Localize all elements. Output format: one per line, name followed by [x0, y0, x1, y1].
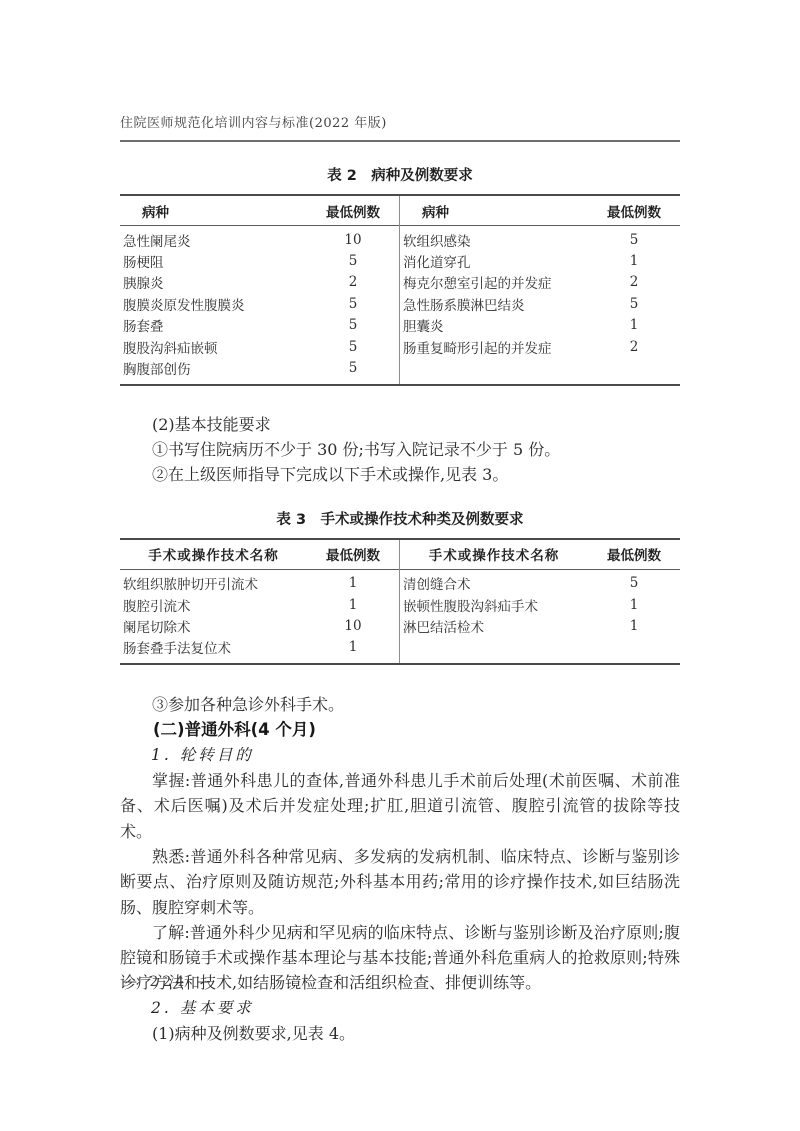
- table-row: 肠套叠手法复位术1: [120, 637, 399, 658]
- count-cell: 1: [307, 639, 399, 655]
- skill-requirements-block: (2)基本技能要求 ①书写住院病历不少于 30 份;书写入院记录不少于 5 份。…: [120, 412, 680, 488]
- document-page: 住院医师规范化培训内容与标准(2022 年版) 表 2 病种及例数要求 病种 最…: [0, 0, 800, 1131]
- item-write-records: ①书写住院病历不少于 30 份;书写入院记录不少于 5 份。: [120, 437, 680, 462]
- count-cell: 2: [588, 274, 680, 290]
- technique-cell: 软组织脓肿切开引流术: [120, 573, 307, 593]
- count-cell: 1: [588, 253, 680, 269]
- paragraph-disease-requirement: (1)病种及例数要求,见表 4。: [120, 1021, 680, 1046]
- technique-cell: 腹腔引流术: [120, 595, 307, 615]
- table3-right-half: 手术或操作技术名称 最低例数 清创缝合术5 嵌顿性腹股沟斜疝手术1 淋巴结活检术…: [400, 540, 680, 664]
- section-text-block: ③参加各种急诊外科手术。 (二)普通外科(4 个月) 1. 轮转目的 掌握:普通…: [120, 692, 680, 1046]
- section-heading-general-surgery: (二)普通外科(4 个月): [120, 717, 680, 742]
- item-surgery-under-supervision: ②在上级医师指导下完成以下手术或操作,见表 3。: [120, 462, 680, 487]
- technique-cell: 肠套叠手法复位术: [120, 637, 307, 657]
- table-row: 胰腺炎2: [120, 272, 399, 293]
- table-row: 胸腹部创伤5: [120, 357, 399, 378]
- table3-left-header-row: 手术或操作技术名称 最低例数: [120, 540, 399, 570]
- subsection-basic-requirement: 2. 基本要求: [120, 996, 680, 1021]
- table3: 手术或操作技术名称 最低例数 软组织脓肿切开引流术1 腹腔引流术1 阑尾切除术1…: [120, 538, 680, 666]
- table-row: 淋巴结活检术1: [400, 615, 680, 636]
- count-cell: 5: [307, 339, 399, 355]
- table2-right-header-row: 病种 最低例数: [400, 196, 680, 226]
- disease-cell: 肠梗阻: [120, 251, 307, 271]
- table-row: 腹膜炎原发性腹膜炎5: [120, 293, 399, 314]
- table2-left-body: 急性阑尾炎10 肠梗阻5 胰腺炎2 腹膜炎原发性腹膜炎5 肠套叠5 腹股沟斜疝嵌…: [120, 226, 399, 384]
- table-row: 清创缝合术5: [400, 573, 680, 594]
- count-cell: 5: [588, 296, 680, 312]
- table3-right-header-row: 手术或操作技术名称 最低例数: [400, 540, 680, 570]
- disease-header: 病种: [120, 201, 307, 221]
- disease-cell: 腹股沟斜疝嵌顿: [120, 337, 307, 357]
- table-row: 急性阑尾炎10: [120, 229, 399, 250]
- disease-cell: 腹膜炎原发性腹膜炎: [120, 294, 307, 314]
- count-cell: 1: [307, 575, 399, 591]
- table3-left-half: 手术或操作技术名称 最低例数 软组织脓肿切开引流术1 腹腔引流术1 阑尾切除术1…: [120, 540, 400, 664]
- min-cases-header: 最低例数: [588, 544, 680, 564]
- count-cell: 2: [307, 274, 399, 290]
- table-row: 梅克尔憩室引起的并发症2: [400, 272, 680, 293]
- paragraph-familiar: 熟悉:普通外科各种常见病、多发病的发病机制、临床特点、诊断与鉴别诊断要点、治疗原…: [120, 844, 680, 920]
- table2-left-header-row: 病种 最低例数: [120, 196, 399, 226]
- page-number: — 224 —: [123, 974, 215, 990]
- table-row: 腹腔引流术1: [120, 594, 399, 615]
- paragraph-master: 掌握:普通外科患儿的查体,普通外科患儿手术前后处理(术前医嘱、术前准备、术后医嘱…: [120, 768, 680, 844]
- table-row: 胆囊炎1: [400, 315, 680, 336]
- disease-cell: 肠重复畸形引起的并发症: [400, 337, 588, 357]
- disease-header: 病种: [400, 201, 588, 221]
- disease-cell: 胰腺炎: [120, 272, 307, 292]
- count-cell: 5: [307, 253, 399, 269]
- table2-left-half: 病种 最低例数 急性阑尾炎10 肠梗阻5 胰腺炎2 腹膜炎原发性腹膜炎5 肠套叠…: [120, 196, 400, 384]
- disease-cell: 胆囊炎: [400, 315, 588, 335]
- table2-title: 表 2 病种及例数要求: [120, 164, 680, 185]
- count-cell: 2: [588, 339, 680, 355]
- count-cell: 10: [307, 232, 399, 248]
- page-content: 住院医师规范化培训内容与标准(2022 年版) 表 2 病种及例数要求 病种 最…: [120, 0, 680, 1046]
- technique-cell: 嵌顿性腹股沟斜疝手术: [400, 595, 588, 615]
- min-cases-header: 最低例数: [307, 544, 399, 564]
- count-cell: 1: [307, 597, 399, 613]
- table-row: 肠重复畸形引起的并发症2: [400, 336, 680, 357]
- disease-cell: 梅克尔憩室引起的并发症: [400, 272, 588, 292]
- table2-right-body: 软组织感染5 消化道穿孔1 梅克尔憩室引起的并发症2 急性肠系膜淋巴结炎5 胆囊…: [400, 226, 680, 362]
- disease-cell: 肠套叠: [120, 315, 307, 335]
- count-cell: 5: [588, 232, 680, 248]
- count-cell: 5: [588, 575, 680, 591]
- table3-right-body: 清创缝合术5 嵌顿性腹股沟斜疝手术1 淋巴结活检术1: [400, 570, 680, 642]
- subsection-rotation-purpose: 1. 轮转目的: [120, 743, 680, 768]
- table3-title: 表 3 手术或操作技术种类及例数要求: [120, 508, 680, 529]
- disease-cell: 软组织感染: [400, 230, 588, 250]
- disease-cell: 急性阑尾炎: [120, 230, 307, 250]
- disease-cell: 急性肠系膜淋巴结炎: [400, 294, 588, 314]
- running-head: 住院医师规范化培训内容与标准(2022 年版): [120, 112, 680, 142]
- table-row: 软组织感染5: [400, 229, 680, 250]
- technique-header: 手术或操作技术名称: [400, 544, 588, 564]
- technique-cell: 阑尾切除术: [120, 616, 307, 636]
- skill-requirement-heading: (2)基本技能要求: [120, 412, 680, 437]
- table-row: 阑尾切除术10: [120, 615, 399, 636]
- table2-right-half: 病种 最低例数 软组织感染5 消化道穿孔1 梅克尔憩室引起的并发症2 急性肠系膜…: [400, 196, 680, 384]
- count-cell: 5: [307, 317, 399, 333]
- technique-header: 手术或操作技术名称: [120, 544, 307, 564]
- table-row: 消化道穿孔1: [400, 250, 680, 271]
- disease-cell: 胸腹部创伤: [120, 358, 307, 378]
- table-row: 急性肠系膜淋巴结炎5: [400, 293, 680, 314]
- disease-cell: 消化道穿孔: [400, 251, 588, 271]
- table3-left-body: 软组织脓肿切开引流术1 腹腔引流术1 阑尾切除术10 肠套叠手法复位术1: [120, 570, 399, 664]
- count-cell: 1: [588, 597, 680, 613]
- count-cell: 5: [307, 360, 399, 376]
- table-row: 软组织脓肿切开引流术1: [120, 573, 399, 594]
- count-cell: 5: [307, 296, 399, 312]
- count-cell: 10: [307, 618, 399, 634]
- technique-cell: 清创缝合术: [400, 573, 588, 593]
- table-row: 嵌顿性腹股沟斜疝手术1: [400, 594, 680, 615]
- item-emergency-surgery: ③参加各种急诊外科手术。: [120, 692, 680, 717]
- table-row: 腹股沟斜疝嵌顿5: [120, 336, 399, 357]
- count-cell: 1: [588, 618, 680, 634]
- min-cases-header: 最低例数: [588, 201, 680, 221]
- count-cell: 1: [588, 317, 680, 333]
- min-cases-header: 最低例数: [307, 201, 399, 221]
- table2: 病种 最低例数 急性阑尾炎10 肠梗阻5 胰腺炎2 腹膜炎原发性腹膜炎5 肠套叠…: [120, 194, 680, 386]
- table-row: 肠套叠5: [120, 315, 399, 336]
- technique-cell: 淋巴结活检术: [400, 616, 588, 636]
- table-row: 肠梗阻5: [120, 250, 399, 271]
